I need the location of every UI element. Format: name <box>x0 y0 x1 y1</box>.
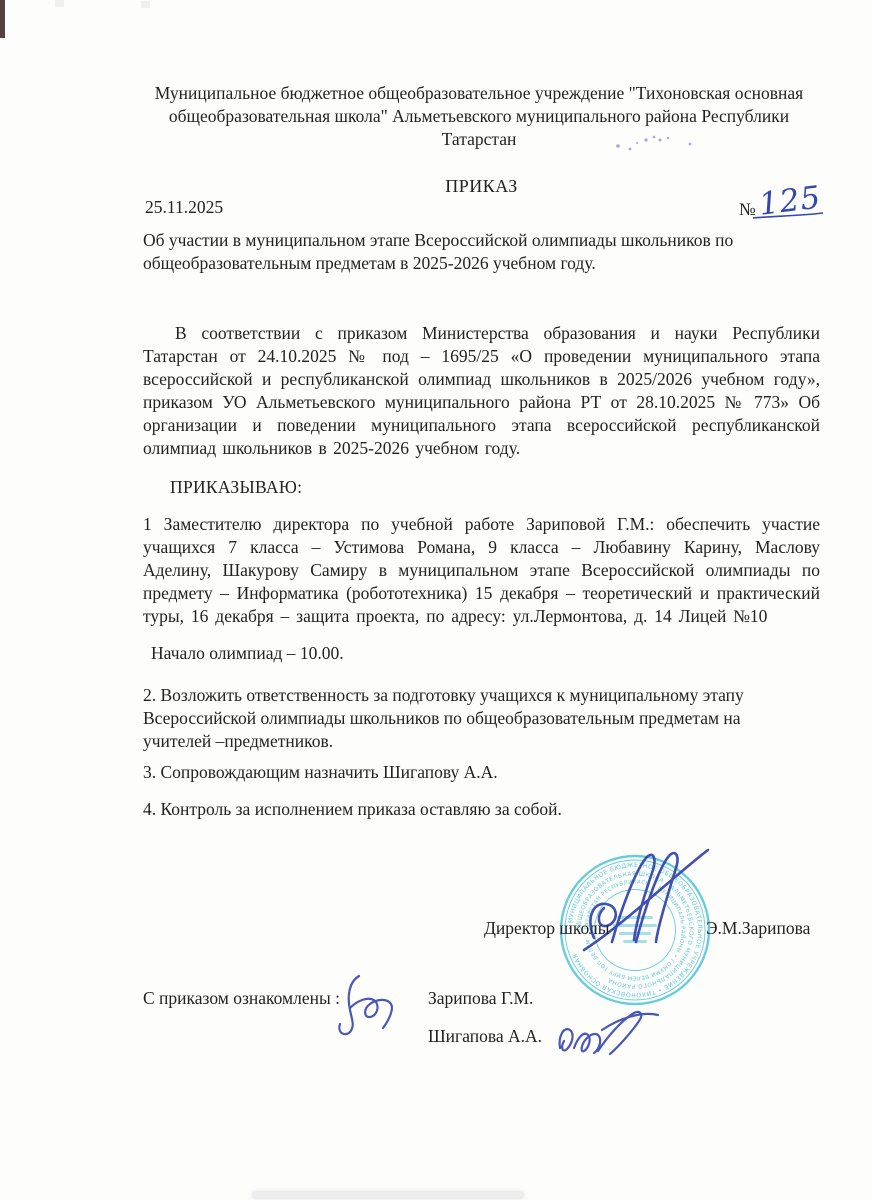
scan-speck <box>55 0 64 7</box>
org-name-line: общеобразовательная школа" Альметьевског… <box>138 105 820 128</box>
scan-speck <box>141 1 150 8</box>
document-page: Муниципальное бюджетное общеобразователь… <box>0 0 872 1200</box>
scan-bottom-smudge <box>252 1191 524 1199</box>
order-item-4: 4. Контроль за исполнением приказа остав… <box>143 798 562 821</box>
shigapova-signature <box>548 1006 663 1064</box>
acknowledgement-signature <box>325 972 405 1038</box>
order-date: 25.11.2025 <box>145 197 223 218</box>
org-name: Муниципальное бюджетное общеобразователь… <box>138 82 820 151</box>
acknowledgement-label: С приказом ознакомлены : <box>143 988 340 1009</box>
order-number-handwritten: 125 <box>751 176 836 224</box>
order-word: ПРИКАЗЫВАЮ: <box>170 477 302 498</box>
order-item-1: 1 Заместителю директора по учебной работ… <box>143 513 820 628</box>
intro-paragraph: В соответствии с приказом Министерства о… <box>143 322 820 460</box>
order-item-3: 3. Сопровождающим назначить Шигапову А.А… <box>143 761 498 784</box>
order-item-2: 2. Возложить ответственность за подготов… <box>143 684 793 753</box>
start-time-note: Начало олимпиад – 10.00. <box>151 642 344 665</box>
director-label: Директор школы <box>484 918 609 939</box>
subject-text: Об участии в муниципальном этапе Всеросс… <box>143 229 775 275</box>
acknowledgee-name: Шигапова А.А. <box>428 1026 542 1047</box>
org-name-line: Татарстан <box>138 128 820 151</box>
pen-smudge <box>602 128 707 158</box>
director-signature <box>578 846 713 971</box>
org-name-line: Муниципальное бюджетное общеобразователь… <box>138 82 820 105</box>
acknowledgee-name: Зарипова Г.М. <box>428 988 533 1009</box>
order-title: ПРИКАЗ <box>143 176 820 197</box>
director-name: Э.М.Зарипова <box>706 918 810 939</box>
scan-edge-artifact <box>0 0 5 38</box>
